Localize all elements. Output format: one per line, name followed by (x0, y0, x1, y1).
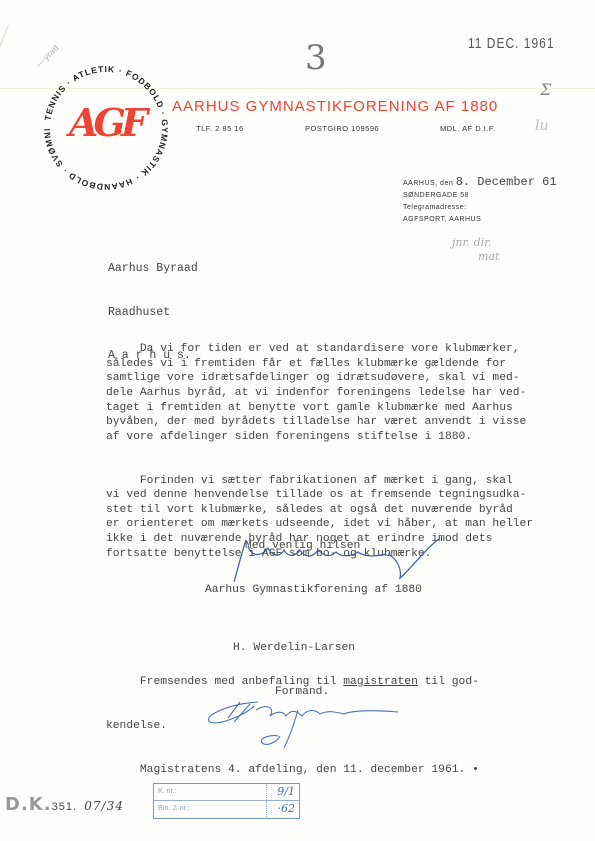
journal-divider (266, 784, 267, 800)
letter-date-line: AARHUS, den 8. December 61 (403, 176, 557, 190)
journal-value: 9/1 (277, 784, 295, 800)
journal-label: Bm. J. nr.: (158, 805, 190, 812)
journal-value: ·62 (278, 801, 296, 817)
letter-date: 8. December 61 (456, 175, 557, 189)
journal-number-stamp: K. nr.: 9/1 Bm. J. nr.: ·62 (153, 783, 300, 819)
archive-number: 351. (52, 801, 77, 813)
chairman-signature (218, 538, 448, 588)
handwritten-margin-initials: lu (535, 118, 549, 134)
membership-info: MDL. AF D.I.F. (440, 124, 496, 133)
archive-reference: D.K.351. 07/34 (5, 794, 124, 815)
archive-handwritten-number: 07/34 (84, 799, 124, 813)
telegram-address: AGFSPORT, AARHUS (403, 214, 557, 226)
journal-divider (266, 801, 267, 817)
phone-number: TLF. 2 85 16 (196, 124, 244, 133)
endorsement-text: Fremsendes med anbefaling til (106, 676, 343, 688)
journal-label: K. nr.: (158, 788, 176, 795)
postgiro-number: POSTGIRO 109596 (305, 124, 379, 133)
underlined-word: magistraten (343, 676, 418, 688)
endorsement-text: til god- (418, 676, 479, 688)
recipient-line: Aarhus Byraad (108, 262, 198, 277)
street-address: SØNDERGADE 58 (403, 190, 557, 202)
journal-row-k: K. nr.: 9/1 (154, 784, 299, 801)
place-prefix: AARHUS, den (403, 180, 453, 187)
endorsement-department-line: Magistratens 4. afdeling, den 11. decemb… (106, 763, 479, 778)
organization-name: AARHUS GYMNASTIKFORENING AF 1880 (172, 98, 498, 115)
telegram-label: Telegramadresse: (403, 202, 557, 214)
journal-row-bm: Bm. J. nr.: ·62 (154, 801, 299, 817)
received-date-stamp: 11 DEC. 1961 (468, 35, 555, 52)
handwritten-page-number: 3 (305, 38, 327, 78)
endorsement-line: Fremsendes med anbefaling til magistrate… (106, 675, 479, 690)
body-paragraph: Da vi for tiden er ved at standardisere … (106, 342, 533, 444)
handwritten-margin-mark: Σ (540, 80, 551, 99)
agf-club-logo: TENNIS · ATLETIK · FODBOLD · GYMNASTIK ·… (38, 60, 174, 196)
paper-fold-line (0, 25, 9, 155)
svg-text:AGF: AGF (66, 100, 151, 145)
magistrate-signature (198, 696, 418, 751)
agf-monogram: AGF (66, 100, 151, 145)
archive-prefix: D.K. (5, 794, 52, 815)
pencil-note-line: mat (452, 250, 499, 264)
pencil-note-line: jnr. dir. (452, 236, 499, 250)
sender-block: AARHUS, den 8. December 61 SØNDERGADE 58… (403, 176, 557, 226)
pencil-note: jnr. dir. mat (452, 236, 499, 264)
